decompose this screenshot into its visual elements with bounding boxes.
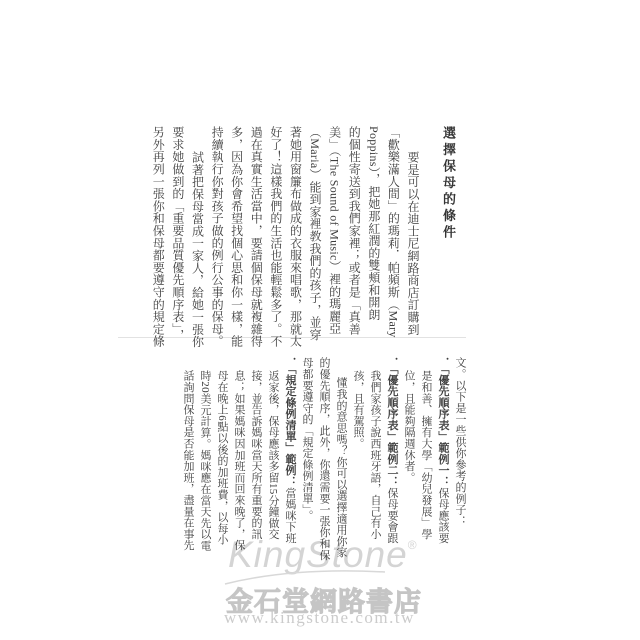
text-column: 著她用窗簾布做成的衣服來唱歌，那就太 (285, 126, 305, 350)
text-column: 母都要遵守的「規定條例清單」。 (298, 357, 315, 561)
column-text: 是和善、擁有大學「幼兒發展」學 (420, 370, 432, 540)
text-column: 時20美元計算。媽咪應在當天先以電 (196, 357, 213, 561)
column-text: 息；如果媽咪因加班而回來晚了，保 (233, 370, 245, 551)
bold-lead: ．「優先順序表」範例一： (437, 357, 449, 487)
text-column: 位，且能夠隔週休者。 (400, 357, 417, 561)
text-column: 另外再列一張你和保母都要遵守的規定條 (148, 126, 168, 350)
text-column: 是和善、擁有大學「幼兒發展」學 (417, 357, 434, 561)
text-column: 過在真實生活當中，要請個保母就複雜得 (246, 126, 266, 350)
bullet-column: ．「優先順序表」範例一：保母應該要 (434, 357, 451, 561)
column-text: 文。以下是一些供你參考的例子： (454, 357, 466, 527)
text-column: 要是可以在迪士尼網路商店訂購到 (402, 126, 422, 350)
column-text: 當媽咪下班 (284, 487, 296, 544)
text-column: 美」（The Sound of Music）裡的瑪麗亞 (324, 126, 344, 350)
text-column: 好了！這樣我們的生活也能輕鬆多了。不 (265, 126, 285, 350)
bold-lead: ．「優先順序表」範例二： (386, 357, 398, 487)
column-text: 孩，且有駕照。 (352, 370, 364, 449)
column-text: 位，且能夠隔週休者。 (403, 370, 415, 483)
book-page-scan: KingStone® 金石堂網路書店 www.kingstone.com.tw … (0, 0, 640, 640)
text-column: 文。以下是一些供你參考的例子： (451, 357, 468, 561)
text-column: （Maria）能到家裡教我們的孩子，並穿 (304, 126, 324, 350)
section-examples: 文。以下是一些供你參考的例子： ．「優先順序表」範例一：保母應該要 是和善、擁有… (179, 357, 468, 561)
kingstone-watermark-url: www.kingstone.com.tw (224, 608, 415, 628)
text-column: 接，並告訴媽咪當天所有重要的訊 (247, 357, 264, 561)
text-column: 我們家孩子說西班牙語，自己有小 (366, 357, 383, 561)
bullet-column: ．「優先順序表」範例二：保母要會跟 (383, 357, 400, 561)
text-column: 持續執行你對孩子做的例行公事的保母。 (206, 126, 226, 350)
text-column: 多，因為你會希望找個心思和你一樣，能 (226, 126, 246, 350)
text-column: 返家後，保母應該多留15分鐘做交 (264, 357, 281, 561)
text-column: 要求她做到的「重要品質優先順序表」， (167, 126, 187, 350)
column-text: 母都要遵守的「規定條例清單」。 (301, 357, 313, 521)
column-text: 我們家孩子說西班牙語，自己有小 (369, 370, 381, 540)
column-text: 的優先順序，此外，你還需要一張你和保 (318, 357, 330, 560)
text-column: 話詢問保母是否能加班，盡量在事先 (179, 357, 196, 561)
column-text: 母在晚上6點以後的加班費，以每小 (216, 370, 228, 545)
section-title: 選擇保母的條件 (438, 126, 458, 350)
column-text: 接，並告訴媽咪當天所有重要的訊 (250, 370, 262, 540)
bullet-column: ．「規定條例清單」範例：當媽咪下班 (281, 357, 298, 561)
column-text: 時20美元計算。媽咪應在當天先以電 (199, 370, 211, 551)
text-column: 母在晚上6點以後的加班費，以每小 (213, 357, 230, 561)
text-column: 的優先順序，此外，你還需要一張你和保 (315, 357, 332, 561)
text-column: 懂我的意思嗎？你可以選擇適用你家 (332, 357, 349, 561)
text-column: 試著把保母當成一家人，給她一張你 (187, 126, 207, 350)
text-column: 「歡樂滿人間」的瑪莉．帕頻斯（Mary (383, 126, 403, 350)
column-text: 話詢問保母是否能加班，盡量在事先 (182, 370, 194, 551)
column-text: 懂我的意思嗎？你可以選擇適用你家 (335, 377, 347, 558)
text-column: 息；如果媽咪因加班而回來晚了，保 (230, 357, 247, 561)
bold-lead: ．「規定條例清單」範例： (284, 357, 296, 487)
section-choosing-nanny: 選擇保母的條件 要是可以在迪士尼網路商店訂購到 「歡樂滿人間」的瑪莉．帕頻斯（M… (148, 126, 458, 350)
text-column: 孩，且有駕照。 (349, 357, 366, 561)
column-text: 返家後，保母應該多留15分鐘做交 (267, 370, 279, 540)
text-column: 的個性寄送到我們家裡；或者是「真善 (344, 126, 364, 350)
column-text: 保母要會跟 (386, 487, 398, 544)
text-column: Poppins），把她那紅潤的雙頰和開朗 (363, 126, 383, 350)
column-text: 保母應該要 (437, 487, 449, 544)
